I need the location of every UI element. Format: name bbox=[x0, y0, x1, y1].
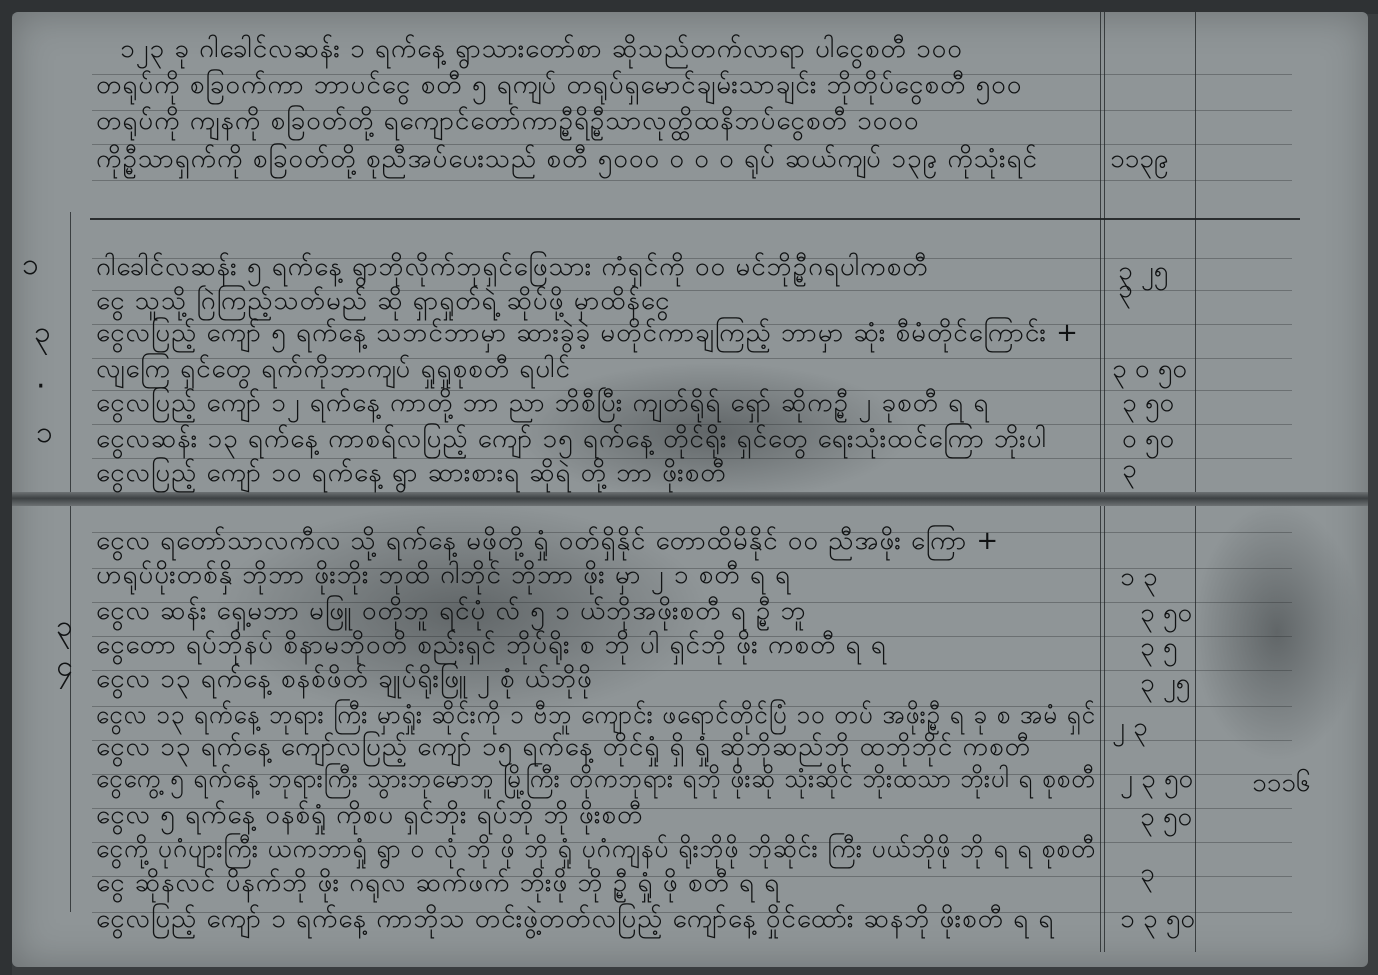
header-line-2: တရုပ်ကို စခြဝက်ကာ ဘာပင်ငွေ စတီ ၅ ရကျပ် တ… bbox=[96, 70, 1022, 100]
column-rule-1b bbox=[1104, 12, 1105, 952]
entry-line: ငွေကို့ ပုဂံပျားကြီး ယကဘာရှုံ ရွာ ဝ လုံ … bbox=[96, 834, 1096, 864]
entry-line: ငွေလ ၅ ရက်နေ့ ဝနစ်ရှုံ ကိုစပ ရှင်ဘိုး ရပ… bbox=[96, 800, 643, 830]
margin-mark: ၁ bbox=[36, 418, 53, 448]
entry-line: ငွေတော ရပ်ဘိုနပ် စိနာမဘိုဝတိ စည်းရှင် ဘိ… bbox=[96, 630, 887, 660]
section-divider bbox=[90, 218, 1300, 220]
column-rule-2 bbox=[1195, 12, 1196, 952]
entry-line: ငွေ ဆိုနလင် ပိနက်ဘို ဖိုး ဂရုလ ဆက်ဖက် ဘိ… bbox=[96, 868, 780, 898]
entry-line: ငွေလပြည့် ကျော် ၅ ရက်နေ့ သဘင်ဘာမှာ ဆားခွ… bbox=[96, 318, 1079, 348]
entry-line: ငွေကွေ့ ၅ ရက်နေ့ ဘုရားကြီး သွားဘုမောဘူ မ… bbox=[96, 764, 1096, 794]
amount: ၁ ၃ ၅၀ bbox=[1120, 904, 1195, 934]
scanned-manuscript: ၁၂၃ ခု ဂါခေါင်လဆန်း ၁ ရက်နေ့ ရွာသားတော်စ… bbox=[0, 0, 1378, 975]
entry-line: ငွေလပြည့် ကျော် ၁ ရက်နေ့ ကာဘိုသ တင်းဖွဲ့… bbox=[96, 904, 1054, 934]
amount: ၃ bbox=[1140, 858, 1155, 888]
entry-line: ငွေလ ၁၃ ရက်နေ့ ဘုရား ကြီး မှာရှုံး ဆိုင်… bbox=[96, 700, 1096, 730]
amount: ၃ ၅ bbox=[1140, 632, 1178, 662]
entry-line: ငွေလပြည့် ကျော် ၁၂ ရက်နေ့ ကာတို့ ဘာ ညာ ဘ… bbox=[96, 388, 989, 418]
amount: ၁ ၃ bbox=[1120, 562, 1158, 592]
manuscript-sheet: ၁၂၃ ခု ဂါခေါင်လဆန်း ၁ ရက်နေ့ ရွာသားတော်စ… bbox=[12, 12, 1368, 967]
amount: ၂ ၃ bbox=[1112, 712, 1148, 742]
amount: ၃ ၅၀ bbox=[1122, 388, 1174, 418]
header-total: ၁၁၃၉ bbox=[1110, 144, 1169, 174]
margin-mark: ၄ bbox=[56, 652, 73, 682]
header-line-3: တရုပ်ကို ကျနကို စခြဝတ်တို့ ရကျောင်တော်ကာ… bbox=[96, 106, 920, 136]
entry-line: ငွေလ ဆန်း ရှေ့မဘာ မဖြူ ဝတိုဘူ ရင်ပုံ လ် … bbox=[96, 596, 807, 626]
amount: ၃ ၀ ၅၀ bbox=[1112, 354, 1187, 384]
header-line-1: ၁၂၃ ခု ဂါခေါင်လဆန်း ၁ ရက်နေ့ ရွာသားတော်စ… bbox=[120, 34, 963, 64]
amount: ၃ ၂၅ bbox=[1140, 668, 1190, 698]
entry-line: လျကြေ ရှင်တွေ ရက်ကိုဘာကျပ် ရှုရှုစုစတီ ရ… bbox=[96, 354, 571, 384]
entry-line: ငွေ သူသို့ ဂြဲကြည့်သတ်မည် ဆို ရှာရှုတ်ရဲ… bbox=[96, 286, 670, 316]
column-rule-1 bbox=[1100, 12, 1101, 952]
entry-line: ငွေလပြည့် ကျော် ၁၀ ရက်နေ့ ရွာ ဆားစားရ ဆိ… bbox=[96, 458, 727, 488]
margin-mark: · bbox=[36, 372, 46, 402]
entry-line: ငွေလ ရတော်သာလကီလ သို့ ရက်နေ့ မဖိုတို့ ရှ… bbox=[96, 526, 999, 556]
amount: ၀ ၅၀ bbox=[1122, 424, 1174, 454]
entry-line: ဟရုပ်ပိုးတစ်နှိ ဘိုဘာ ဖိုးဘိုး ဘုထိ ဂါဘိ… bbox=[96, 560, 791, 590]
section-total: ၁၁၁၆ bbox=[1252, 768, 1311, 798]
amount: ၃ ၅၀ bbox=[1140, 802, 1192, 832]
entry-line: ဂါခေါင်လဆန်း ၅ ရက်နေ့ ရွာဘိုလိုက်ဘုရှင်ဖ… bbox=[96, 252, 929, 282]
margin-rule bbox=[70, 212, 71, 912]
amount: ၂ ၃ ၅၀ bbox=[1120, 764, 1193, 794]
margin-mark: ၁ bbox=[22, 250, 39, 280]
page-fold bbox=[12, 492, 1368, 506]
margin-mark: ၃ bbox=[56, 612, 73, 642]
amount: ၃ bbox=[1118, 274, 1133, 304]
amount: ၃ ၅၀ bbox=[1140, 598, 1192, 628]
header-line-4: ကိုဥ္မီသာရှက်ကို စခြဝတ်တို့ စုညီအပ်ပေးသည… bbox=[96, 144, 1038, 174]
entry-line: ငွေလ ၁၃ ရက်နေ့ ကျော်လပြည့် ကျော် ၁၅ ရက်န… bbox=[96, 732, 1031, 762]
entry-line: ငွေလဆန်း ၁၃ ရက်နေ့ ကာစရ်လပြည့် ကျော် ၁၅ … bbox=[96, 424, 1047, 454]
margin-mark: ၃ bbox=[34, 318, 51, 348]
entry-line: ငွေလ ၁၃ ရက်နေ့ စနစ်ဖိတ် ချုပ်ရိုးဖြူ ၂ စ… bbox=[96, 664, 593, 694]
amount: ၃ bbox=[1122, 454, 1137, 484]
